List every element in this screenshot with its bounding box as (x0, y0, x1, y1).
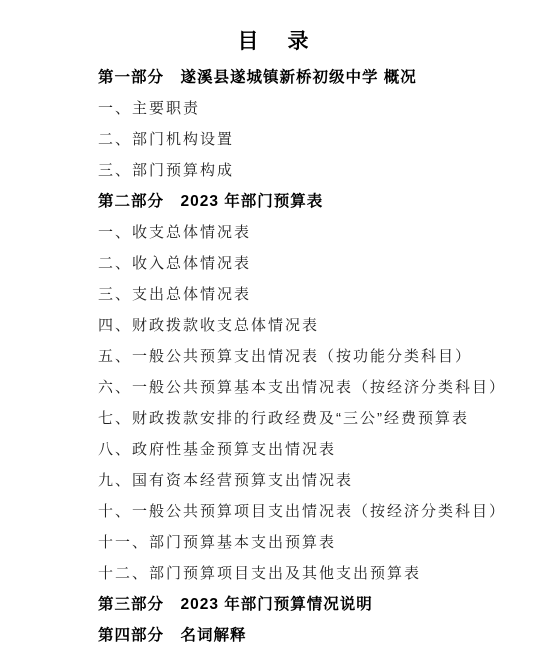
toc-entry: 三、支出总体情况表 (98, 279, 540, 310)
page-title: 目 录 (0, 26, 550, 58)
toc-entry: 十一、部门预算基本支出预算表 (98, 527, 540, 558)
toc-entry: 十二、部门预算项目支出及其他支出预算表 (98, 558, 540, 589)
document-page: 目 录 第一部分 遂溪县遂城镇新桥初级中学 概况 一、主要职责 二、部门机构设置… (0, 0, 550, 664)
toc-entry: 八、政府性基金预算支出情况表 (98, 434, 540, 465)
toc-entry: 九、国有资本经营预算支出情况表 (98, 465, 540, 496)
toc-section-heading: 第二部分 2023 年部门预算表 (98, 186, 540, 217)
toc-entry: 五、一般公共预算支出情况表（按功能分类科目） (98, 341, 540, 372)
toc-entry: 一、收支总体情况表 (98, 217, 540, 248)
toc-entry: 二、收入总体情况表 (98, 248, 540, 279)
toc-section-heading: 第四部分 名词解释 (98, 620, 540, 651)
toc-entry: 三、部门预算构成 (98, 155, 540, 186)
toc-entry: 七、财政拨款安排的行政经费及“三公”经费预算表 (98, 403, 540, 434)
toc-list: 第一部分 遂溪县遂城镇新桥初级中学 概况 一、主要职责 二、部门机构设置 三、部… (0, 62, 550, 651)
toc-section-heading: 第一部分 遂溪县遂城镇新桥初级中学 概况 (98, 62, 540, 93)
toc-entry: 六、一般公共预算基本支出情况表（按经济分类科目） (98, 372, 540, 403)
toc-entry: 二、部门机构设置 (98, 124, 540, 155)
toc-entry: 四、财政拨款收支总体情况表 (98, 310, 540, 341)
toc-entry: 十、一般公共预算项目支出情况表（按经济分类科目） (98, 496, 540, 527)
toc-section-heading: 第三部分 2023 年部门预算情况说明 (98, 589, 540, 620)
toc-entry: 一、主要职责 (98, 93, 540, 124)
